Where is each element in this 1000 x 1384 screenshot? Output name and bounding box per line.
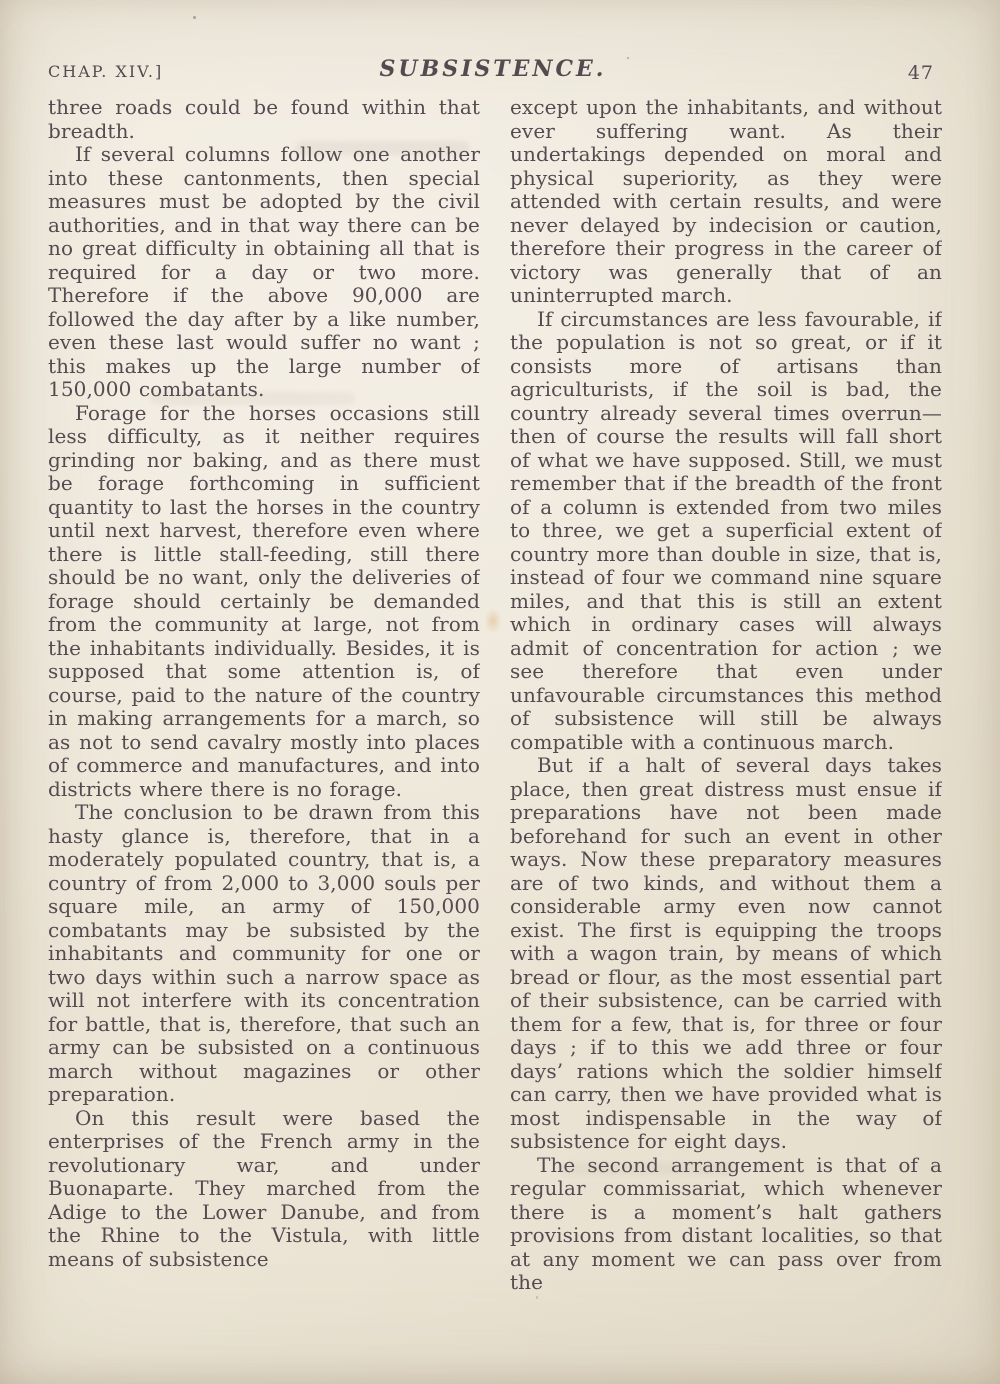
paper-stain [484,608,502,634]
show-through-mark [150,392,355,405]
paragraph: Forage for the horses occasions still le… [48,402,480,802]
paragraph: On this result were based the enterprise… [48,1107,480,1272]
book-page: CHAP. XIV.] SUBSISTENCE. 47 three roads … [0,0,1000,1384]
running-title: SUBSISTENCE. [380,56,607,82]
chapter-label: CHAP. XIV.] [48,62,163,81]
paper-speck [627,57,629,59]
page-number: 47 [908,62,934,84]
show-through-mark [295,141,470,155]
paragraph: The conclusion to be drawn from this has… [48,801,480,1107]
show-through-mark [560,1162,735,1175]
paragraph: If several columns follow one another in… [48,143,480,402]
text-columns: three roads could be found within that b… [48,96,942,1358]
paragraph: three roads could be found within that b… [48,96,480,143]
left-column: three roads could be found within that b… [48,96,480,1358]
paragraph: except upon the inhabitants, and without… [510,96,942,308]
paper-speck [536,1296,538,1299]
paper-speck [193,16,196,19]
paragraph: But if a halt of several days takes plac… [510,754,942,1154]
page-header: CHAP. XIV.] SUBSISTENCE. 47 [48,56,938,90]
paragraph: If circumstances are less favourable, if… [510,308,942,755]
